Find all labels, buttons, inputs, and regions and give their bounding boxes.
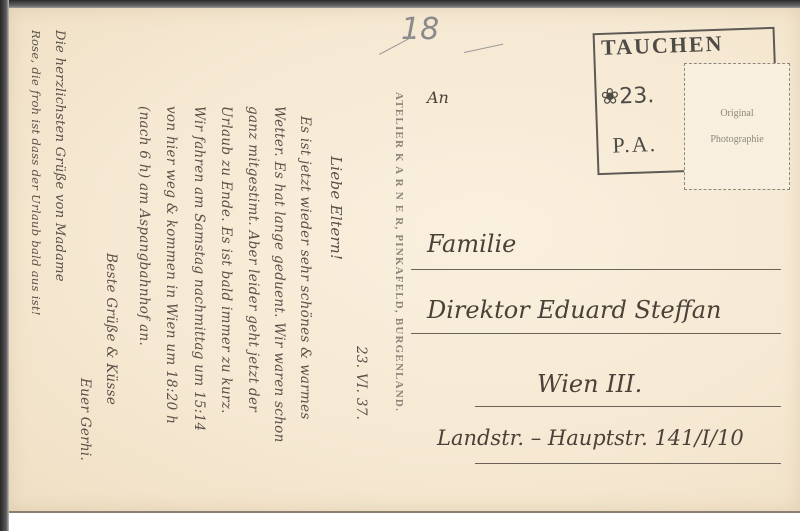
stamp-box-line1: Original	[720, 101, 753, 127]
postscript-line: Rose, die froh ist dass der Urlaub bald …	[29, 30, 43, 316]
message-line: Es ist jetzt wieder sehr schönes & warme…	[297, 116, 313, 420]
stamp-box-line2: Photographie	[710, 127, 763, 153]
message-line: Wetter. Es hat lange geduent. Wir waren …	[271, 106, 287, 443]
address-rule	[411, 269, 781, 270]
message-line: (nach 6 h) am Aspangbahnhof an.	[136, 106, 152, 346]
postmark-ornament-icon: ❀	[600, 84, 619, 110]
pencil-stroke	[464, 44, 503, 53]
message-line: Wir fahren am Samstag nachmittag um 15:1…	[191, 106, 207, 431]
message-date: 23. VI. 37.	[353, 346, 369, 420]
stamp-box: Original Photographie	[684, 63, 790, 190]
message-line: ganz mitgestimt. Aber leider geht jetzt …	[245, 106, 261, 412]
postmark-town: TAUCHEN	[601, 31, 724, 61]
address-line4: Landstr. – Hauptstr. 141/I/10	[437, 426, 744, 450]
postcard-back: 18 ATELIER K A R N E R, PINKAFELD, BURGE…	[9, 8, 800, 513]
message-line: von hier weg & kommen in Wien um 18:20 h	[163, 106, 179, 424]
postscript-line: Die herzlichsten Grüße von Madame	[52, 30, 67, 282]
postmark-bottom: P.A.	[612, 131, 658, 159]
address-line1: Familie	[427, 230, 516, 258]
address-line3: Wien III.	[537, 370, 642, 398]
address-line2: Direktor Eduard Steffan	[427, 296, 722, 324]
address-rule	[475, 406, 781, 407]
publisher-imprint: ATELIER K A R N E R, PINKAFELD, BURGENLA…	[393, 92, 405, 412]
address-prefix: An	[427, 88, 449, 107]
postmark-date: ❀23.	[600, 83, 654, 110]
message-signature: Euer Gerhi.	[77, 378, 93, 461]
address-rule	[411, 333, 781, 334]
message-line: Urlaub zu Ende. Es ist bald immer zu kur…	[218, 106, 234, 414]
pencil-mark: 18	[401, 12, 439, 47]
message-closing: Beste Grüße & Küsse	[103, 253, 119, 405]
scan-border-left	[0, 0, 9, 531]
address-rule	[475, 463, 781, 464]
message-salutation: Liebe Eltern!	[327, 156, 345, 260]
